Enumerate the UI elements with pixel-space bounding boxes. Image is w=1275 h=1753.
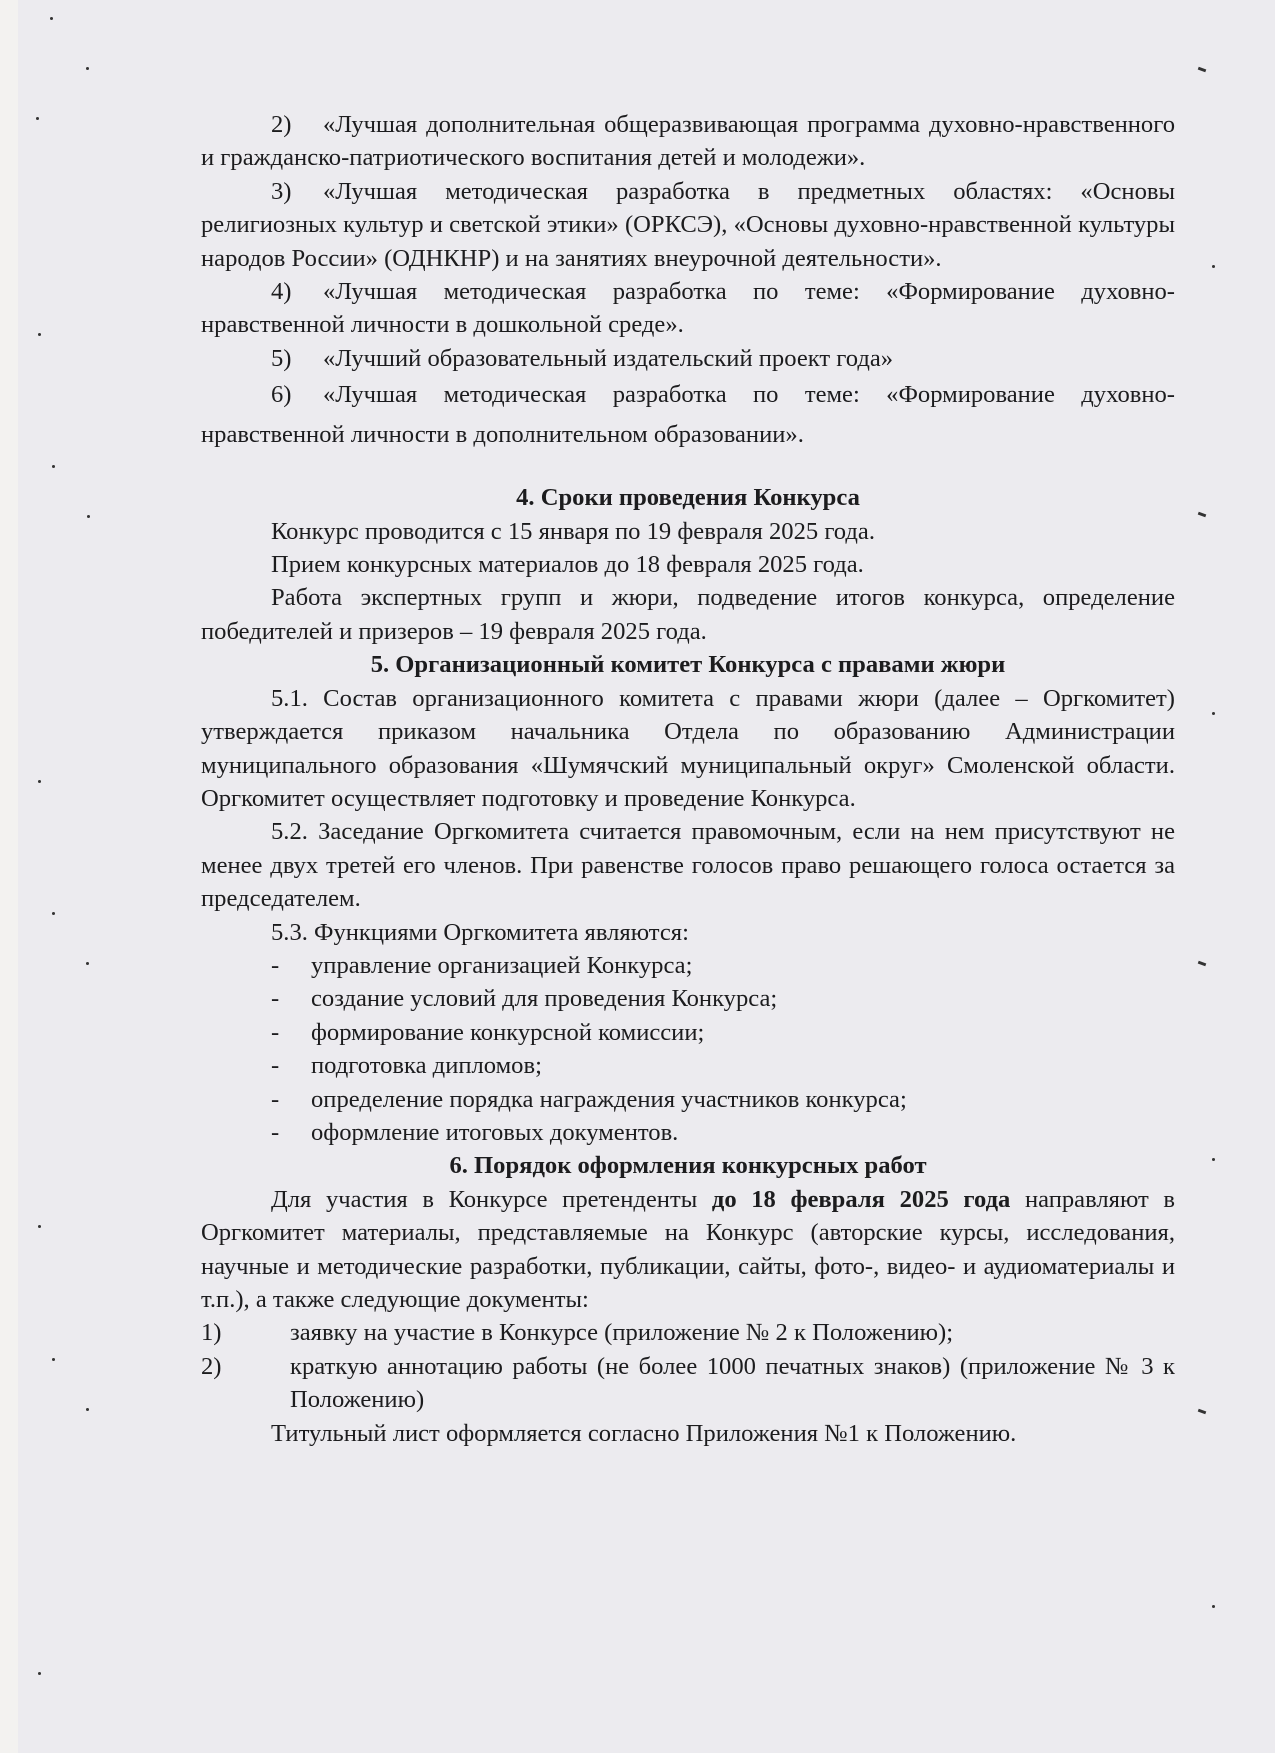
dash-bullet: -: [271, 982, 311, 1015]
dash-bullet: -: [271, 1016, 311, 1049]
scan-mark: [1198, 67, 1207, 73]
document-item: 2)краткую аннотацию работы (не более 100…: [201, 1350, 1175, 1417]
scan-speck: [86, 67, 89, 70]
paragraph: Прием конкурсных материалов до 18 феврал…: [201, 548, 1175, 581]
nomination-text: «Лучшая дополнительная общеразвивающая п…: [201, 111, 1175, 171]
function-item: -формирование конкурсной комиссии;: [201, 1016, 1175, 1049]
deadline-bold: до 18 февраля 2025 года: [712, 1186, 1010, 1213]
nomination-item: 4)«Лучшая методическая разработка по тем…: [201, 275, 1175, 342]
scan-mark: [1198, 961, 1207, 967]
dash-bullet: -: [271, 1049, 311, 1082]
function-item: -управление организацией Конкурса;: [201, 949, 1175, 982]
nomination-number: 4): [271, 275, 323, 308]
scan-speck: [52, 1358, 55, 1361]
scan-speck: [1212, 1605, 1215, 1608]
paragraph-5-2: 5.2. Заседание Оргкомитета считается пра…: [201, 815, 1175, 915]
scan-speck: [1212, 712, 1215, 715]
scan-speck: [38, 1225, 41, 1228]
nomination-item: 5)«Лучший образовательный издательский п…: [201, 342, 1175, 375]
scan-speck: [38, 1672, 41, 1675]
scan-speck: [38, 333, 41, 336]
scan-mark: [1198, 512, 1207, 518]
scan-speck: [52, 912, 55, 915]
document-text: заявку на участие в Конкурсе (приложение…: [290, 1316, 1175, 1349]
closing-paragraph: Титульный лист оформляется согласно Прил…: [201, 1417, 1175, 1450]
function-item: -создание условий для проведения Конкурс…: [201, 982, 1175, 1015]
section-6-intro: Для участия в Конкурсе претенденты до 18…: [201, 1183, 1175, 1317]
scan-speck: [36, 117, 39, 120]
nomination-number: 3): [271, 175, 323, 208]
section-6-heading: 6. Порядок оформления конкурсных работ: [201, 1149, 1175, 1182]
spacer: [201, 455, 1175, 481]
paragraph: Конкурс проводится с 15 января по 19 фев…: [201, 515, 1175, 548]
scan-speck: [38, 780, 41, 783]
paragraph-5-1: 5.1. Состав организационного комитета с …: [201, 682, 1175, 816]
function-text: определение порядка награждения участник…: [311, 1083, 907, 1116]
function-text: формирование конкурсной комиссии;: [311, 1016, 704, 1049]
scan-speck: [1212, 265, 1215, 268]
document-text: краткую аннотацию работы (не более 1000 …: [290, 1350, 1175, 1417]
nomination-number: 2): [271, 108, 323, 141]
section-4-heading: 4. Сроки проведения Конкурса: [201, 481, 1175, 514]
function-item: -оформление итоговых документов.: [201, 1116, 1175, 1149]
scan-mark: [1198, 1409, 1207, 1415]
dash-bullet: -: [271, 1083, 311, 1116]
scan-speck: [50, 17, 53, 20]
function-text: оформление итоговых документов.: [311, 1116, 678, 1149]
function-item: -подготовка дипломов;: [201, 1049, 1175, 1082]
document-number: 2): [201, 1350, 290, 1417]
function-text: подготовка дипломов;: [311, 1049, 542, 1082]
nomination-text: «Лучшая методическая разработка в предме…: [201, 178, 1175, 272]
function-text: создание условий для проведения Конкурса…: [311, 982, 777, 1015]
nomination-text: «Лучшая методическая разработка по теме:…: [201, 278, 1175, 338]
document-number: 1): [201, 1316, 290, 1349]
section-5-heading: 5. Организационный комитет Конкурса с пр…: [201, 648, 1175, 681]
paragraph: Работа экспертных групп и жюри, подведен…: [201, 581, 1175, 648]
function-text: управление организацией Конкурса;: [311, 949, 692, 982]
nomination-number: 5): [271, 342, 323, 375]
dash-bullet: -: [271, 949, 311, 982]
function-item: -определение порядка награждения участни…: [201, 1083, 1175, 1116]
scan-speck: [52, 465, 55, 468]
scan-speck: [86, 1408, 89, 1411]
scan-speck: [86, 962, 89, 965]
nomination-text: «Лучший образовательный издательский про…: [323, 345, 893, 372]
paragraph-5-3: 5.3. Функциями Оргкомитета являются:: [201, 916, 1175, 949]
nomination-text: «Лучшая методическая разработка по теме:…: [201, 381, 1175, 448]
scan-speck: [87, 515, 90, 518]
nomination-item: 6)«Лучшая методическая разработка по тем…: [201, 375, 1175, 455]
scan-left-edge: [0, 0, 18, 1753]
document-page: 2)«Лучшая дополнительная общеразвивающая…: [201, 108, 1175, 1450]
nomination-number: 6): [271, 375, 323, 415]
document-item: 1)заявку на участие в Конкурсе (приложен…: [201, 1316, 1175, 1349]
scan-speck: [1212, 1158, 1215, 1161]
nomination-item: 2)«Лучшая дополнительная общеразвивающая…: [201, 108, 1175, 175]
nomination-item: 3)«Лучшая методическая разработка в пред…: [201, 175, 1175, 275]
dash-bullet: -: [271, 1116, 311, 1149]
intro-text: Для участия в Конкурсе претенденты: [271, 1186, 712, 1213]
